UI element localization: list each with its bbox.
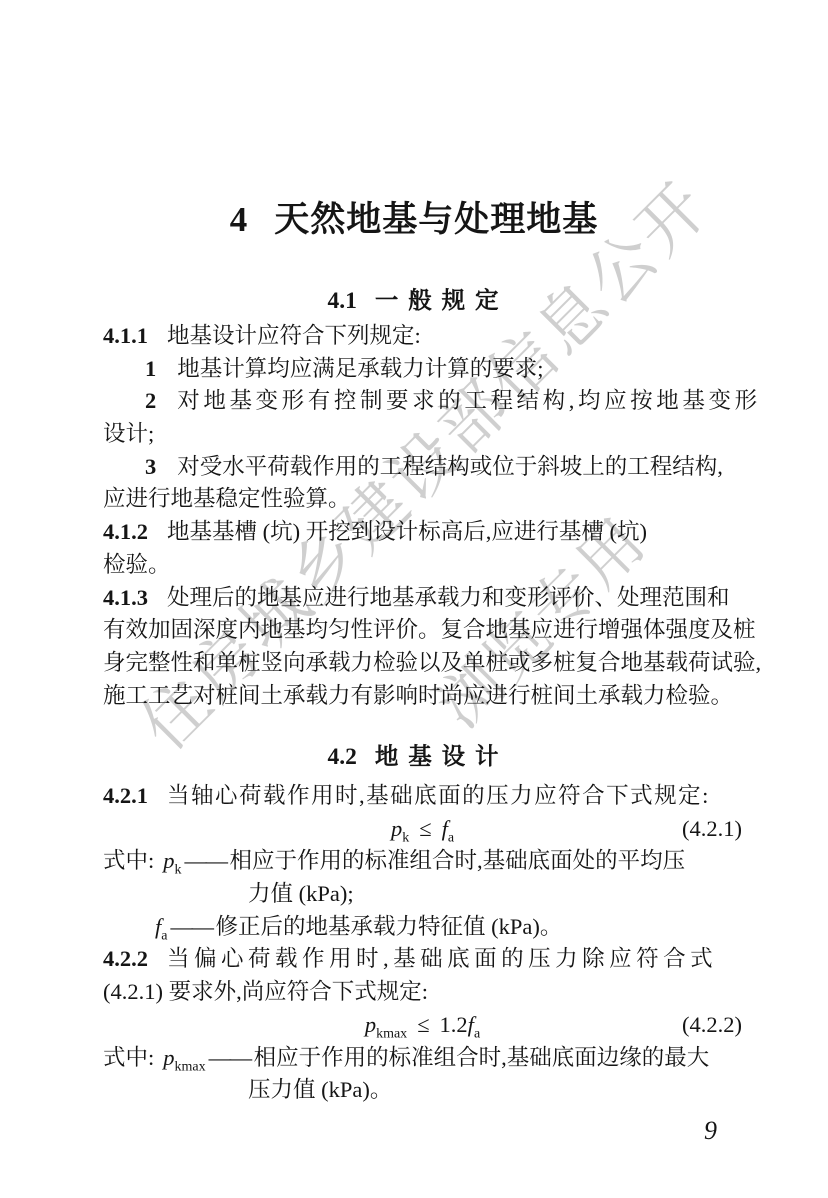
list-item-2: 2对地基变形有控制要求的工程结构,均应按地基变形 (103, 385, 742, 418)
section-4-2-number: 4.2 (328, 744, 357, 770)
formula-sub-kmax: kmax (376, 1026, 407, 1041)
clause-4-1-2-text: 地基基槽 (坑) 开挖到设计标高后,应进行基槽 (坑) (167, 519, 647, 544)
clause-4-2-2: 4.2.2当偏心荷载作用时,基础底面的压力除应符合式 (103, 943, 742, 976)
list-item-2-number: 2 (145, 388, 156, 413)
clause-4-2-1-number: 4.2.1 (103, 783, 148, 808)
section-4-2-body: 4.2.1当轴心荷载作用时,基础底面的压力应符合下式规定: pk≤fa (4.2… (103, 780, 742, 1107)
clause-4-1-2-number: 4.1.2 (103, 519, 148, 544)
where-var-pk: p (163, 848, 174, 873)
where-var-pkmax: p (163, 1045, 174, 1070)
clause-4-1-1-text: 地基设计应符合下列规定: (167, 323, 421, 348)
formula-var-pkmax: p (365, 1012, 376, 1037)
formula-sub-a-2: a (474, 1026, 480, 1041)
where-dash-1: —— (185, 848, 227, 873)
clause-4-1-2: 4.1.2地基基槽 (坑) 开挖到设计标高后,应进行基槽 (坑) (103, 516, 742, 549)
list-item-1-text: 地基计算均应满足承载力计算的要求; (177, 356, 543, 381)
where-dash-2: —— (170, 914, 212, 939)
clause-4-2-2-number: 4.2.2 (103, 946, 148, 971)
list-item-2-continuation: 设计; (103, 418, 742, 451)
section-heading-4-1: 4.1一 般 规 定 (0, 281, 828, 315)
formula-4-2-1-expression: pk≤fa (391, 816, 454, 841)
less-equal-sign-2: ≤ (407, 1012, 439, 1037)
document-page: 住房城乡建设部信息公开 浏览专用 4天然地基与处理地基 4.1一 般 规 定 4… (0, 0, 828, 1198)
list-item-1: 1地基计算均应满足承载力计算的要求; (103, 353, 742, 386)
formula-coefficient: 1.2 (440, 1012, 468, 1037)
clause-4-1-3-line-4: 施工工艺对桩间土承载力有影响时尚应进行桩间土承载力检验。 (103, 680, 742, 713)
clause-4-2-2-text: 当偏心荷载作用时,基础底面的压力除应符合式 (167, 946, 717, 971)
clause-4-1-3-text: 处理后的地基应进行地基承载力和变形评价、处理范围和 (167, 585, 730, 610)
where-sub-kmax: kmax (175, 1059, 206, 1074)
formula-var-pk: p (391, 816, 402, 841)
list-item-3-text: 对受水平荷载作用的工程结构或位于斜坡上的工程结构, (177, 454, 723, 479)
where-line-pk: 式中:pk——相应于作用的标准组合时,基础底面处的平均压 (103, 845, 742, 878)
section-4-1-body: 4.1.1地基设计应符合下列规定: 1地基计算均应满足承载力计算的要求; 2对地… (103, 320, 742, 712)
where-line-pkmax: 式中:pkmax——相应于作用的标准组合时,基础底面边缘的最大 (103, 1042, 742, 1075)
where-pkmax-continuation: 压力值 (kPa)。 (103, 1074, 742, 1107)
clause-4-1-1: 4.1.1地基设计应符合下列规定: (103, 320, 742, 353)
where-pk-continuation: 力值 (kPa); (103, 878, 742, 911)
section-4-1-title: 一 般 规 定 (375, 288, 501, 314)
where-label: 式中: (103, 848, 154, 873)
formula-sub-a: a (448, 830, 454, 845)
chapter-title: 天然地基与处理地基 (274, 200, 598, 239)
formula-4-2-2-expression: pkmax≤1.2fa (365, 1012, 480, 1037)
list-item-2-text: 对地基变形有控制要求的工程结构,均应按地基变形 (177, 388, 760, 413)
clause-4-1-3-number: 4.1.3 (103, 585, 148, 610)
page-number: 9 (704, 1116, 717, 1146)
list-item-3: 3对受水平荷载作用的工程结构或位于斜坡上的工程结构, (103, 451, 742, 484)
where-line-fa: fa——修正后的地基承载力特征值 (kPa)。 (103, 911, 742, 944)
clause-4-1-3-line-3: 身完整性和单桩竖向承载力检验以及单桩或多桩复合地基载荷试验, (103, 647, 742, 680)
section-4-1-number: 4.1 (328, 288, 357, 314)
formula-4-2-2-number: (4.2.2) (682, 1009, 742, 1042)
clause-4-1-3: 4.1.3处理后的地基应进行地基承载力和变形评价、处理范围和 (103, 582, 742, 615)
clause-4-2-1: 4.2.1当轴心荷载作用时,基础底面的压力应符合下式规定: (103, 780, 742, 813)
clause-4-1-1-number: 4.1.1 (103, 323, 148, 348)
clause-4-1-3-line-2: 有效加固深度内地基均匀性评价。复合地基应进行增强体强度及桩 (103, 614, 742, 647)
list-item-3-number: 3 (145, 454, 156, 479)
formula-4-2-2: pkmax≤1.2fa (4.2.2) (103, 1009, 742, 1042)
formula-4-2-1-number: (4.2.1) (682, 813, 742, 846)
where-fa-text: 修正后的地基承载力特征值 (kPa)。 (215, 914, 562, 939)
clause-4-1-2-continuation: 检验。 (103, 549, 742, 582)
clause-4-2-2-continuation: (4.2.1) 要求外,尚应符合下式规定: (103, 976, 742, 1009)
where-sub-a: a (161, 928, 167, 943)
where-pk-text: 相应于作用的标准组合时,基础底面处的平均压 (230, 848, 686, 873)
section-heading-4-2: 4.2地 基 设 计 (0, 737, 828, 771)
list-item-1-number: 1 (145, 356, 156, 381)
chapter-number: 4 (230, 200, 249, 239)
page-content: 4天然地基与处理地基 4.1一 般 规 定 4.1.1地基设计应符合下列规定: … (0, 0, 828, 1198)
where-dash-3: —— (209, 1045, 251, 1070)
where-label-2: 式中: (103, 1045, 154, 1070)
where-pkmax-text: 相应于作用的标准组合时,基础底面边缘的最大 (254, 1045, 710, 1070)
section-4-2-title: 地 基 设 计 (375, 744, 501, 770)
chapter-heading: 4天然地基与处理地基 (0, 192, 828, 242)
where-sub-k: k (175, 863, 182, 878)
formula-4-2-1: pk≤fa (4.2.1) (103, 813, 742, 846)
less-equal-sign: ≤ (409, 816, 441, 841)
list-item-3-continuation: 应进行地基稳定性验算。 (103, 483, 742, 516)
clause-4-2-1-text: 当轴心荷载作用时,基础底面的压力应符合下式规定: (167, 783, 710, 808)
